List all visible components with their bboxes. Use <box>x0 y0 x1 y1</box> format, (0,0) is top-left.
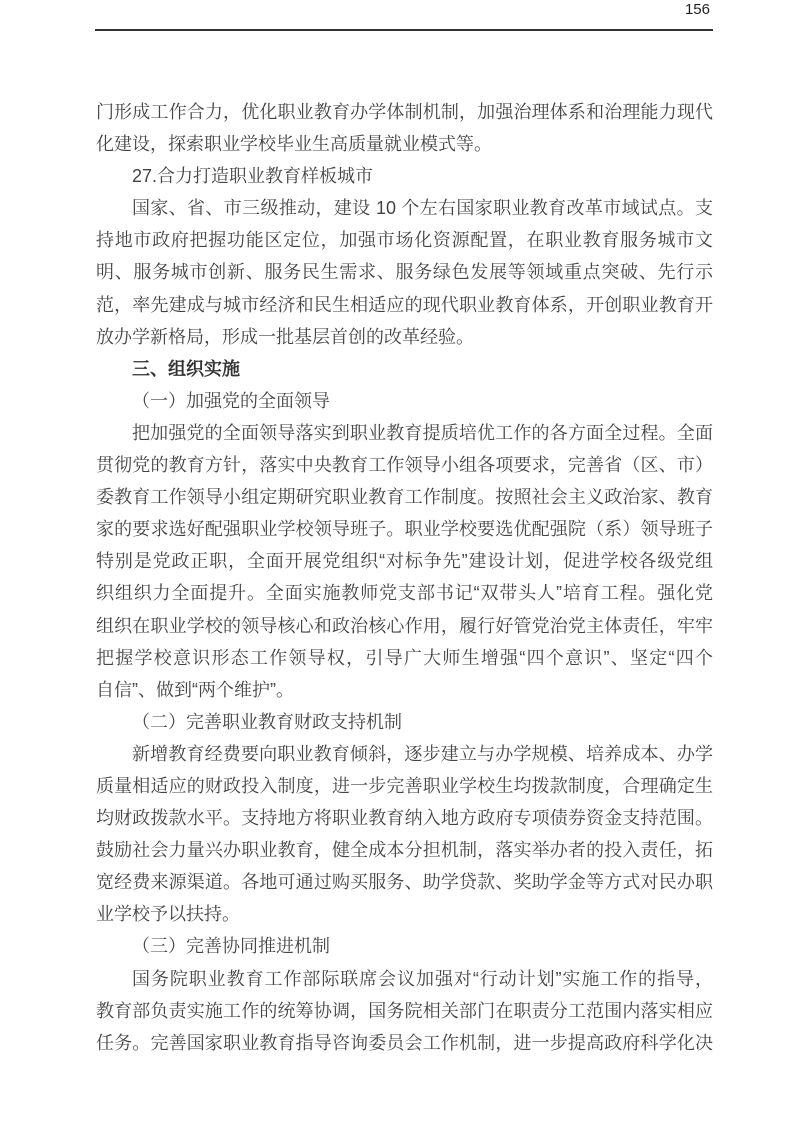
text-line: 放办学新格局，形成一批基层首创的改革经验。 <box>96 321 713 353</box>
text-line: 委教育工作领导小组定期研究职业教育工作制度。按照社会主义政治家、教育 <box>96 481 713 513</box>
text-line: 织组织力全面提升。全面实施教师党支部书记“双带头人”培育工程。强化党 <box>96 577 713 609</box>
text-line: 宽经费来源渠道。各地可通过购买服务、助学贷款、奖助学金等方式对民办职 <box>96 866 713 898</box>
text-line: 国家、省、市三级推动，建设 10 个左右国家职业教育改革市域试点。支 <box>96 192 713 224</box>
document-body: 门形成工作合力，优化职业教育办学体制机制，加强治理体系和治理能力现代 化建设，探… <box>96 96 713 1059</box>
text-line: 均财政拨款水平。支持地方将职业教育纳入地方政府专项债券资金支持范围。 <box>96 802 713 834</box>
text-line: 国务院职业教育工作部际联席会议加强对“行动计划”实施工作的指导， <box>96 963 713 995</box>
text-line: 家的要求选好配强职业学校领导班子。职业学校要选优配强院（系）领导班子 <box>96 513 713 545</box>
text-line: 范，率先建成与城市经济和民生相适应的现代职业教育体系，开创职业教育开 <box>96 289 713 321</box>
subsection-heading: （三）完善协同推进机制 <box>96 930 713 962</box>
subsection-heading: （一）加强党的全面领导 <box>96 385 713 417</box>
text-line: 教育部负责实施工作的统筹协调，国务院相关部门在职责分工范围内落实相应 <box>96 995 713 1027</box>
section-heading: 三、组织实施 <box>96 353 713 385</box>
text-line: 鼓励社会力量兴办职业教育，健全成本分担机制，落实举办者的投入责任，拓 <box>96 834 713 866</box>
page-number: 156 <box>685 1 710 19</box>
text-line: 业学校予以扶持。 <box>96 898 713 930</box>
text-line: 把握学校意识形态工作领导权，引导广大师生增强“四个意识”、坚定“四个 <box>96 642 713 674</box>
text-line: 把加强党的全面领导落实到职业教育提质培优工作的各方面全过程。全面 <box>96 417 713 449</box>
subsection-heading: （二）完善职业教育财政支持机制 <box>96 706 713 738</box>
item-heading: 27.合力打造职业教育样板城市 <box>96 160 713 192</box>
header-divider <box>95 29 713 31</box>
text-line: 组织在职业学校的领导核心和政治核心作用，履行好管党治党主体责任，牢牢 <box>96 610 713 642</box>
text-line: 门形成工作合力，优化职业教育办学体制机制，加强治理体系和治理能力现代 <box>96 96 713 128</box>
text-line: 自信”、做到“两个维护”。 <box>96 674 713 706</box>
text-line: 明、服务城市创新、服务民生需求、服务绿色发展等领域重点突破、先行示 <box>96 256 713 288</box>
text-line: 任务。完善国家职业教育指导咨询委员会工作机制，进一步提高政府科学化决 <box>96 1027 713 1059</box>
text-line: 化建设，探索职业学校毕业生高质量就业模式等。 <box>96 128 713 160</box>
text-line: 贯彻党的教育方针，落实中央教育工作领导小组各项要求，完善省（区、市） <box>96 449 713 481</box>
text-line: 新增教育经费要向职业教育倾斜，逐步建立与办学规模、培养成本、办学 <box>96 738 713 770</box>
text-line: 质量相适应的财政投入制度，进一步完善职业学校生均拨款制度，合理确定生 <box>96 770 713 802</box>
text-line: 持地市政府把握功能区定位，加强市场化资源配置，在职业教育服务城市文 <box>96 224 713 256</box>
text-line: 特别是党政正职，全面开展党组织“对标争先”建设计划，促进学校各级党组 <box>96 545 713 577</box>
